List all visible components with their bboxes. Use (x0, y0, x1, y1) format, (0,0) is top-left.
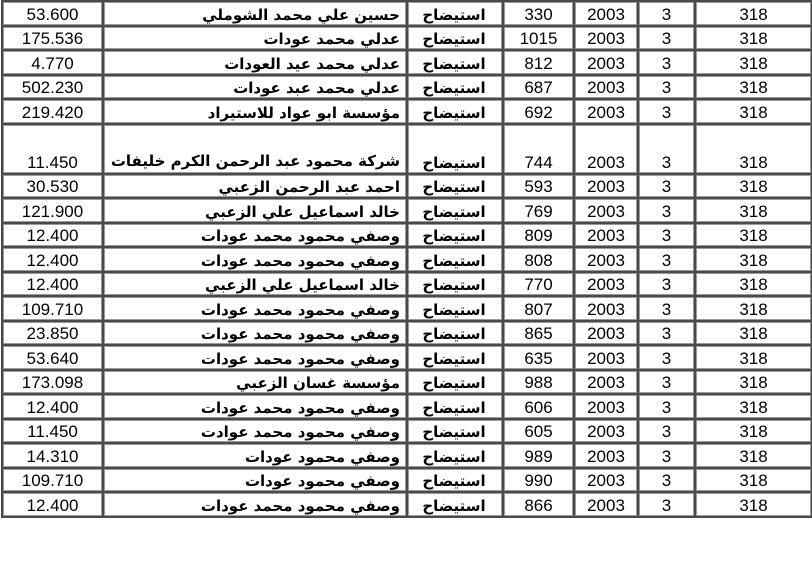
quarter-cell: 3 (638, 492, 695, 517)
quarter-cell: 3 (638, 443, 695, 468)
table-row: 11.450وصفي محمود محمد عوادتاستيضاح605200… (2, 419, 812, 444)
type-cell: استيضاح (407, 321, 503, 346)
name-cell: وصفي محمود محمد عودات (103, 345, 407, 370)
name-cell: عدلي محمد عيد العودات (103, 50, 407, 75)
year-cell: 2003 (574, 26, 638, 51)
type-cell: استيضاح (407, 247, 503, 272)
amount-cell: 30.530 (2, 174, 103, 199)
code-cell: 318 (695, 296, 812, 321)
amount-cell: 12.400 (2, 247, 103, 272)
type-cell: استيضاح (407, 296, 503, 321)
code-cell: 318 (695, 174, 812, 199)
code-cell: 318 (695, 394, 812, 419)
number-cell: 769 (503, 198, 574, 223)
type-cell: استيضاح (407, 26, 503, 51)
type-cell: استيضاح (407, 124, 503, 174)
year-cell: 2003 (574, 492, 638, 517)
quarter-cell: 3 (638, 198, 695, 223)
quarter-cell: 3 (638, 247, 695, 272)
name-cell: عدلي محمد عبد عودات (103, 75, 407, 100)
year-cell: 2003 (574, 174, 638, 199)
quarter-cell: 3 (638, 370, 695, 395)
name-cell: احمد عبد الرحمن الزعبي (103, 174, 407, 199)
number-cell: 807 (503, 296, 574, 321)
name-cell: حسين علي محمد الشوملي (103, 1, 407, 26)
type-cell: استيضاح (407, 75, 503, 100)
table-row: 12.400وصفي محمود محمد عوداتاستيضاح809200… (2, 223, 812, 248)
number-cell: 687 (503, 75, 574, 100)
code-cell: 318 (695, 26, 812, 51)
amount-cell: 12.400 (2, 394, 103, 419)
quarter-cell: 3 (638, 321, 695, 346)
code-cell: 318 (695, 75, 812, 100)
table-row: 4.770عدلي محمد عيد العوداتاستيضاح8122003… (2, 50, 812, 75)
quarter-cell: 3 (638, 26, 695, 51)
table-row: 12.400وصفي محمود محمد عوداتاستيضاح808200… (2, 247, 812, 272)
amount-cell: 109.710 (2, 296, 103, 321)
amount-cell: 11.450 (2, 419, 103, 444)
table-row: 53.640وصفي محمود محمد عوداتاستيضاح635200… (2, 345, 812, 370)
quarter-cell: 3 (638, 75, 695, 100)
table-row: 109.710وصفي محمود عوداتاستيضاح9902003331… (2, 468, 812, 493)
type-cell: استيضاح (407, 370, 503, 395)
type-cell: استيضاح (407, 419, 503, 444)
quarter-cell: 3 (638, 468, 695, 493)
amount-cell: 4.770 (2, 50, 103, 75)
number-cell: 330 (503, 1, 574, 26)
year-cell: 2003 (574, 75, 638, 100)
type-cell: استيضاح (407, 272, 503, 297)
quarter-cell: 3 (638, 419, 695, 444)
type-cell: استيضاح (407, 345, 503, 370)
number-cell: 865 (503, 321, 574, 346)
quarter-cell: 3 (638, 272, 695, 297)
code-cell: 318 (695, 272, 812, 297)
name-cell: وصفي محمود عودات (103, 468, 407, 493)
name-cell: وصفي محمود محمد عودات (103, 321, 407, 346)
name-cell: وصفي محمود محمد عودات (103, 394, 407, 419)
code-cell: 318 (695, 492, 812, 517)
number-cell: 593 (503, 174, 574, 199)
table-row: 11.450شركة محمود عبد الرحمن الكرم خليفات… (2, 124, 812, 174)
code-cell: 318 (695, 370, 812, 395)
amount-cell: 11.450 (2, 124, 103, 174)
number-cell: 809 (503, 223, 574, 248)
number-cell: 744 (503, 124, 574, 174)
number-cell: 990 (503, 468, 574, 493)
year-cell: 2003 (574, 247, 638, 272)
amount-cell: 502.230 (2, 75, 103, 100)
type-cell: استيضاح (407, 223, 503, 248)
quarter-cell: 3 (638, 174, 695, 199)
name-cell: وصفي محمود عودات (103, 443, 407, 468)
number-cell: 808 (503, 247, 574, 272)
number-cell: 770 (503, 272, 574, 297)
year-cell: 2003 (574, 321, 638, 346)
year-cell: 2003 (574, 345, 638, 370)
code-cell: 318 (695, 223, 812, 248)
number-cell: 692 (503, 99, 574, 124)
name-cell: وصفي محمود محمد عودات (103, 247, 407, 272)
amount-cell: 53.600 (2, 1, 103, 26)
quarter-cell: 3 (638, 50, 695, 75)
name-cell: وصفي محمود محمد عودات (103, 492, 407, 517)
amount-cell: 121.900 (2, 198, 103, 223)
number-cell: 812 (503, 50, 574, 75)
table-row: 12.400وصفي محمود محمد عوداتاستيضاح606200… (2, 394, 812, 419)
amount-cell: 14.310 (2, 443, 103, 468)
year-cell: 2003 (574, 468, 638, 493)
amount-cell: 173.098 (2, 370, 103, 395)
records-table: 53.600حسين علي محمد الشوملياستيضاح330200… (1, 0, 812, 518)
table-row: 173.098مؤسسة غسان الزعبياستيضاح988200333… (2, 370, 812, 395)
code-cell: 318 (695, 419, 812, 444)
number-cell: 988 (503, 370, 574, 395)
type-cell: استيضاح (407, 443, 503, 468)
number-cell: 1015 (503, 26, 574, 51)
type-cell: استيضاح (407, 1, 503, 26)
quarter-cell: 3 (638, 1, 695, 26)
code-cell: 318 (695, 1, 812, 26)
name-cell: مؤسسة غسان الزعبي (103, 370, 407, 395)
code-cell: 318 (695, 124, 812, 174)
number-cell: 635 (503, 345, 574, 370)
quarter-cell: 3 (638, 223, 695, 248)
amount-cell: 23.850 (2, 321, 103, 346)
amount-cell: 53.640 (2, 345, 103, 370)
code-cell: 318 (695, 345, 812, 370)
type-cell: استيضاح (407, 174, 503, 199)
name-cell: خالد اسماعيل علي الزعبي (103, 272, 407, 297)
table-row: 23.850وصفي محمود محمد عوداتاستيضاح865200… (2, 321, 812, 346)
table-row: 502.230عدلي محمد عبد عوداتاستيضاح6872003… (2, 75, 812, 100)
amount-cell: 219.420 (2, 99, 103, 124)
amount-cell: 175.536 (2, 26, 103, 51)
year-cell: 2003 (574, 419, 638, 444)
year-cell: 2003 (574, 296, 638, 321)
table-row: 175.536عدلي محمد عوداتاستيضاح10152003331… (2, 26, 812, 51)
type-cell: استيضاح (407, 50, 503, 75)
name-cell: وصفي محمود محمد عوادت (103, 419, 407, 444)
name-cell: مؤسسة ابو عواد للاستيراد (103, 99, 407, 124)
quarter-cell: 3 (638, 124, 695, 174)
quarter-cell: 3 (638, 394, 695, 419)
code-cell: 318 (695, 321, 812, 346)
year-cell: 2003 (574, 272, 638, 297)
name-cell: وصفي محمود محمد عودات (103, 223, 407, 248)
quarter-cell: 3 (638, 99, 695, 124)
quarter-cell: 3 (638, 296, 695, 321)
table-row: 30.530احمد عبد الرحمن الزعبياستيضاح59320… (2, 174, 812, 199)
type-cell: استيضاح (407, 394, 503, 419)
amount-cell: 12.400 (2, 492, 103, 517)
year-cell: 2003 (574, 99, 638, 124)
type-cell: استيضاح (407, 99, 503, 124)
amount-cell: 12.400 (2, 223, 103, 248)
code-cell: 318 (695, 198, 812, 223)
quarter-cell: 3 (638, 345, 695, 370)
type-cell: استيضاح (407, 468, 503, 493)
amount-cell: 12.400 (2, 272, 103, 297)
year-cell: 2003 (574, 394, 638, 419)
number-cell: 989 (503, 443, 574, 468)
table-row: 53.600حسين علي محمد الشوملياستيضاح330200… (2, 1, 812, 26)
table-row: 12.400خالد اسماعيل علي الزعبياستيضاح7702… (2, 272, 812, 297)
year-cell: 2003 (574, 124, 638, 174)
code-cell: 318 (695, 468, 812, 493)
table-row: 14.310وصفي محمود عوداتاستيضاح98920033318 (2, 443, 812, 468)
type-cell: استيضاح (407, 492, 503, 517)
name-cell: خالد اسماعيل علي الزعبي (103, 198, 407, 223)
year-cell: 2003 (574, 50, 638, 75)
type-cell: استيضاح (407, 198, 503, 223)
name-cell: شركة محمود عبد الرحمن الكرم خليفات (103, 124, 407, 174)
table-row: 109.710وصفي محمود محمد عوداتاستيضاح80720… (2, 296, 812, 321)
year-cell: 2003 (574, 443, 638, 468)
records-table-body: 53.600حسين علي محمد الشوملياستيضاح330200… (2, 1, 812, 517)
year-cell: 2003 (574, 1, 638, 26)
code-cell: 318 (695, 50, 812, 75)
code-cell: 318 (695, 247, 812, 272)
name-cell: وصفي محمود محمد عودات (103, 296, 407, 321)
number-cell: 606 (503, 394, 574, 419)
number-cell: 866 (503, 492, 574, 517)
year-cell: 2003 (574, 223, 638, 248)
code-cell: 318 (695, 443, 812, 468)
code-cell: 318 (695, 99, 812, 124)
name-cell: عدلي محمد عودات (103, 26, 407, 51)
year-cell: 2003 (574, 370, 638, 395)
number-cell: 605 (503, 419, 574, 444)
amount-cell: 109.710 (2, 468, 103, 493)
table-row: 12.400وصفي محمود محمد عوداتاستيضاح866200… (2, 492, 812, 517)
table-row: 121.900خالد اسماعيل علي الزعبياستيضاح769… (2, 198, 812, 223)
year-cell: 2003 (574, 198, 638, 223)
table-row: 219.420مؤسسة ابو عواد للاستيراداستيضاح69… (2, 99, 812, 124)
